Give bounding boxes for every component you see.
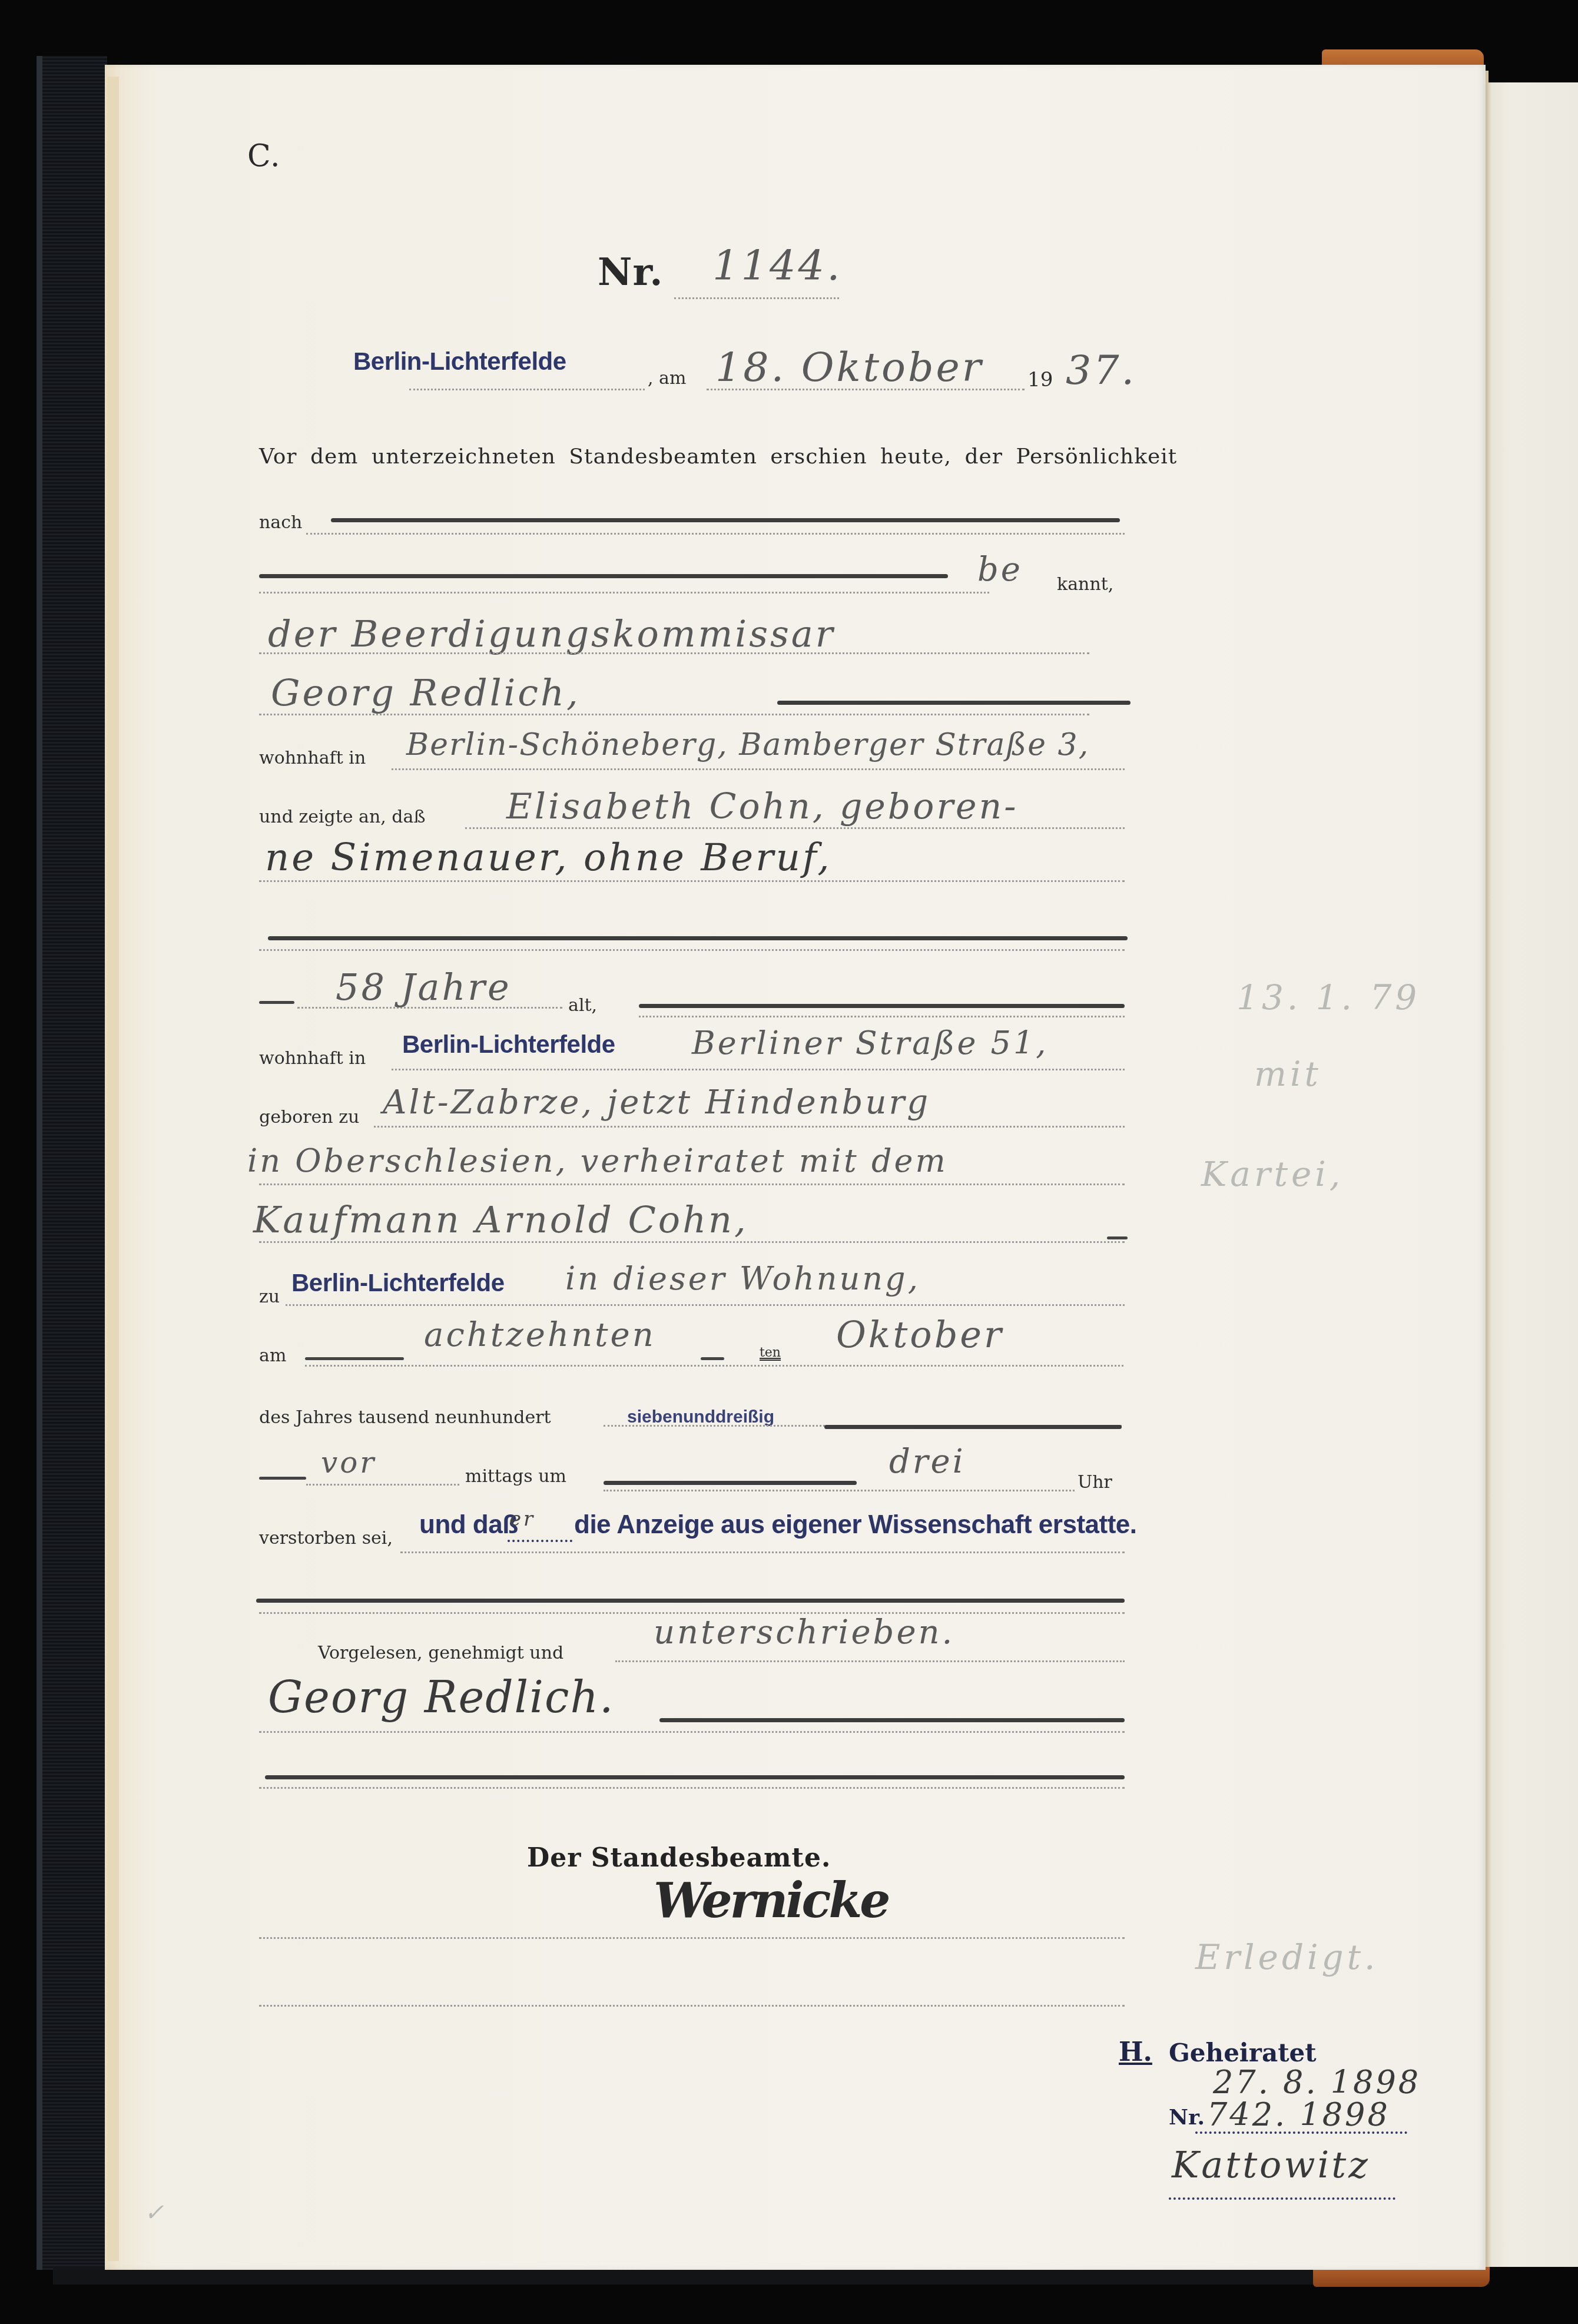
death-place-dotted-line [286, 1304, 1125, 1306]
margin-pencil-date: 13. 1. 79 [1236, 977, 1420, 1017]
record-number: 1144. [712, 241, 842, 290]
age-dash [259, 1001, 294, 1004]
informant-dotted-line-1 [259, 652, 1089, 654]
birth-dotted-line-3 [259, 1241, 1125, 1243]
marriage-date: 27. 8. 1898 [1213, 2064, 1421, 2101]
death-date-dash [305, 1357, 404, 1360]
death-place-stamp: Berlin-Lichterfelde [291, 1269, 505, 1297]
registrar-signature: Wernicke [654, 1872, 888, 1929]
time-strike-rule [604, 1481, 857, 1485]
form-letter: C. [247, 138, 280, 174]
bekannt-handwritten: be [977, 551, 1023, 589]
nach-dotted-line [306, 533, 1125, 535]
book-spine [37, 56, 107, 2270]
marriage-label: Geheiratet [1169, 2038, 1317, 2067]
age-dotted-line-2 [639, 1016, 1125, 1017]
deceased-residence-dotted-line [392, 1069, 1125, 1070]
death-day: achtzehnten [424, 1316, 656, 1354]
informant-strike-rule [777, 701, 1131, 705]
year-prefix: 19 [1027, 368, 1053, 392]
marriage-nr-dotted-line [1195, 2131, 1407, 2134]
death-place-label: zu [259, 1287, 280, 1307]
year-strike-rule [824, 1425, 1122, 1429]
knowledge-insert: er [509, 1507, 535, 1531]
place-stamp: Berlin-Lichterfelde [353, 347, 566, 376]
read-dotted-line [615, 1660, 1125, 1662]
date-day-month: 18. Oktober [715, 344, 983, 391]
bekannt-strike-rule [259, 574, 948, 578]
year-stamp: siebenunddreißig [627, 1407, 774, 1427]
place-dotted-line [409, 389, 645, 390]
informant-residence-dotted-line [392, 768, 1125, 770]
deceased-name: Elisabeth Cohn, geboren- [506, 786, 1019, 827]
birth-dotted-line-1 [374, 1126, 1125, 1128]
death-date-dotted-line [305, 1365, 1123, 1367]
deceased-maiden-name: ne Simenauer, ohne Beruf, [265, 836, 832, 880]
margin-pencil-word2: Kartei, [1201, 1154, 1344, 1194]
nach-strike-rule [331, 518, 1120, 522]
informant-name: Georg Redlich, [271, 671, 581, 714]
death-day-dash [701, 1357, 724, 1360]
marriage-mark: H. [1119, 2037, 1152, 2067]
signature-dotted-line [259, 1731, 1125, 1733]
time-label: mittags um [465, 1466, 566, 1487]
birth-place: Alt-Zabrze, jetzt Hindenburg [383, 1083, 930, 1122]
spouse-dash [1107, 1236, 1128, 1239]
knowledge-stamp-a: und daß [419, 1510, 518, 1540]
pencil-tick-mark: ✓ [144, 2199, 168, 2226]
time-ampm: vor [321, 1446, 376, 1480]
marriage-place: Kattowitz [1172, 2143, 1370, 2186]
registrar-title: Der Standesbeamte. [527, 1843, 831, 1873]
informant-occupation: der Beerdigungskommissar [268, 612, 835, 655]
registrar-dotted-line-2 [259, 2005, 1125, 2007]
time-hour: drei [889, 1443, 966, 1481]
knowledge-insert-dots [508, 1540, 572, 1542]
margin-pencil-lower: Erledigt. [1195, 1937, 1379, 1977]
registrar-dotted-line-1 [259, 1937, 1125, 1939]
read-handwritten: unterschrieben. [654, 1613, 954, 1652]
age-label: alt, [568, 995, 597, 1016]
informant-dotted-line-2 [259, 714, 1089, 715]
deceased-sei-dotted-line [400, 1551, 1125, 1553]
birth-label: geboren zu [259, 1107, 359, 1128]
informant-residence: Berlin-Schöneberg, Bamberger Straße 3, [406, 727, 1089, 762]
bekannt-printed: kannt, [1057, 574, 1113, 595]
birth-dotted-line-2 [259, 1183, 1125, 1185]
time-dotted-line [604, 1490, 1075, 1491]
adjacent-page [1486, 82, 1578, 2267]
intro-text: Vor dem unterzeichneten Standesbeamten e… [259, 445, 1177, 469]
number-dotted-line [674, 297, 839, 299]
separator-strike-rule [256, 1599, 1125, 1603]
page-stack-edge [107, 77, 119, 2261]
marriage-nr-label: Nr. [1169, 2105, 1205, 2130]
time-dash [259, 1477, 306, 1480]
reported-label: und zeigte an, daß [259, 807, 426, 827]
deceased-dotted-line-2 [259, 880, 1125, 882]
knowledge-stamp-b: die Anzeige aus eigener Wissenschaft ers… [574, 1510, 1137, 1540]
time-suffix: Uhr [1078, 1472, 1112, 1493]
year-suffix: 37. [1066, 347, 1136, 394]
deceased-residence-label: wohnhaft in [259, 1048, 366, 1069]
nach-label: nach [259, 512, 302, 533]
deceased-residence-stamp: Berlin-Lichterfelde [402, 1030, 615, 1059]
signature-strike-rule [659, 1718, 1125, 1722]
margin-pencil-word1: mit [1254, 1054, 1322, 1094]
informant-residence-label: wohnhaft in [259, 748, 366, 768]
read-label: Vorgelesen, genehmigt und [318, 1643, 563, 1663]
signature-dotted-line-2 [259, 1787, 1125, 1789]
deceased-dotted-line-1 [465, 827, 1125, 829]
age-strike-rule [639, 1004, 1125, 1008]
number-label: Nr. [598, 250, 664, 294]
age-value: 58 Jahre [336, 966, 512, 1009]
deceased-sei: verstorben sei, [259, 1528, 393, 1549]
blank-strike-rule [268, 936, 1128, 940]
birth-region-marriage: in Oberschlesien, verheiratet mit dem [247, 1142, 948, 1179]
bekannt-dotted-line [259, 592, 989, 594]
death-date-label: am [259, 1345, 286, 1366]
marriage-nr-value: 742. 1898 [1207, 2096, 1390, 2133]
death-month: Oktober [836, 1313, 1004, 1356]
time-ampm-dotted-line [306, 1484, 459, 1486]
informant-signature: Georg Redlich. [268, 1672, 615, 1723]
marriage-place-dotted-line [1169, 2197, 1395, 2200]
death-day-suffix: ten [760, 1345, 781, 1360]
death-place-detail: in dieser Wohnung, [565, 1260, 920, 1297]
date-prefix: , am [648, 368, 686, 389]
signature-strike-rule-2 [265, 1775, 1125, 1779]
spouse-name: Kaufmann Arnold Cohn, [253, 1198, 748, 1241]
deceased-residence-street: Berliner Straße 51, [692, 1025, 1048, 1062]
year-text: des Jahres tausend neunhundert [259, 1407, 551, 1428]
blank-dotted-line [259, 949, 1125, 951]
